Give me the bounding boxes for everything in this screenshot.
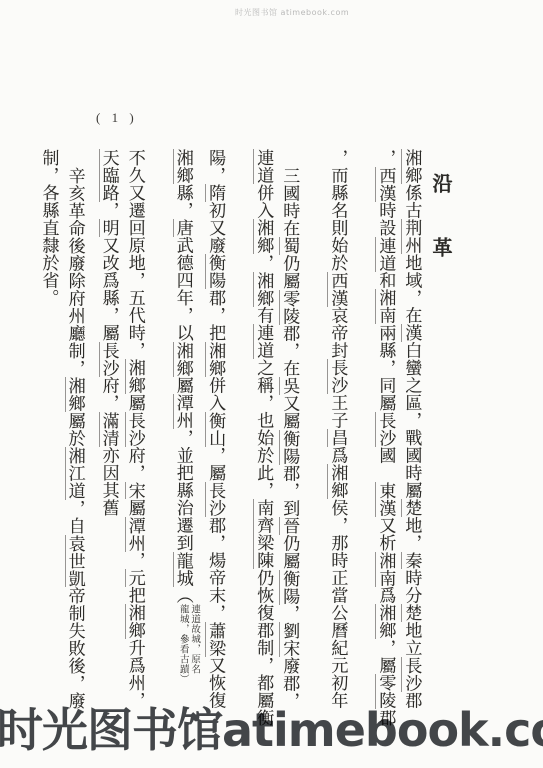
text-segment: 侯，那時正當公曆紀元初年 — [328, 499, 347, 709]
text-segment: 郡，在 — [280, 325, 299, 378]
proper-noun: 湘鄉 — [205, 342, 225, 377]
text-segment: 縣， — [174, 184, 193, 219]
proper-noun: 潭州 — [125, 517, 145, 552]
proper-noun: 衡陽 — [279, 430, 299, 465]
proper-noun: 湘南 — [375, 552, 395, 587]
text-column: 連道併入湘鄉，湘鄉有連道之稱，也始於此，南齊梁陳仍恢復郡制，都屬衡 — [253, 149, 273, 727]
text-segment: 併入 — [254, 184, 273, 219]
proper-noun: 湘鄉 — [173, 342, 193, 377]
text-segment: 係古 — [402, 184, 421, 219]
inline-note-column: 龍城，參看古蹟） — [176, 604, 187, 684]
text-segment: ，而縣名則始於 — [328, 149, 347, 272]
proper-noun: 湘鄉 — [401, 149, 421, 184]
text-segment: 郡，煬帝末， — [206, 517, 225, 622]
proper-noun: 湘鄉 — [173, 149, 193, 184]
proper-noun: 湘鄉 — [65, 377, 85, 412]
proper-noun: 晉 — [279, 517, 299, 535]
text-block: 沿革 湘鄉係古荆州地域，在漢白蠻之區，戰國時屬楚地，秦時分楚地立長沙郡，西漢時設… — [39, 149, 452, 727]
proper-noun: 湘南 — [375, 289, 395, 324]
text-segment: 制，各縣直隸於省。 — [40, 149, 59, 307]
text-segment: 白蠻之區，戰國時屬 — [402, 342, 421, 500]
watermark-top: 时光图书馆 atimebook.com — [235, 7, 349, 18]
text-segment: 哀帝封 — [328, 307, 347, 360]
proper-noun: 湘江道 — [65, 447, 85, 500]
proper-noun: 元 — [125, 569, 145, 587]
text-segment: 府， — [100, 377, 119, 412]
proper-noun: 長沙 — [99, 342, 119, 377]
proper-noun: 長沙 — [125, 412, 145, 447]
text-segment: 郡，把 — [206, 289, 225, 342]
text-segment: 爲 — [376, 587, 395, 605]
proper-noun: 湘鄉 — [253, 219, 273, 254]
text-segment: 三國時在 — [280, 167, 299, 237]
text-segment: 之稱，也始於此， — [254, 359, 273, 499]
text-segment: ， — [254, 254, 273, 272]
proper-noun: 湘鄉 — [125, 604, 145, 639]
text-column: 天臨路，明又改爲縣，屬長沙府，滿清亦因其舊 — [99, 149, 119, 727]
text-column: ，而縣名則始於西漢哀帝封長沙王子昌爲湘鄉侯，那時正當公曆紀元初年 — [327, 149, 347, 727]
page-number: ( 1 ) — [96, 110, 138, 126]
scanned-book-page: 时光图书馆 atimebook.com ( 1 ) 沿革 湘鄉係古荆州地域，在漢… — [0, 0, 543, 768]
text-segment: ， — [376, 149, 395, 167]
proper-noun: 楚 — [401, 604, 421, 622]
text-segment: 辛亥革命後廢除府州廳制， — [66, 167, 85, 377]
proper-noun: 湘鄉 — [253, 272, 273, 307]
proper-noun: 長沙 — [375, 412, 395, 447]
text-segment: 屬 — [126, 499, 145, 517]
proper-noun: 明 — [99, 219, 119, 237]
text-segment: 併入 — [206, 377, 225, 412]
text-segment: ， — [280, 605, 299, 623]
text-segment: 仍屬 — [280, 255, 299, 290]
text-segment: 武德四年，以 — [174, 237, 193, 342]
text-segment: 又屬 — [280, 395, 299, 430]
text-column: 陽，隋初又廢衡陽郡，把湘鄉併入衡山，屬長沙郡，煬帝末，蕭梁又恢復 — [205, 149, 225, 727]
text-segment: 陽， — [206, 149, 225, 184]
text-column: 三國時在蜀仍屬零陵郡，在吳又屬衡陽郡，到晉仍屬衡陽，劉宋廢郡， — [279, 149, 299, 727]
proper-noun: 西漢 — [375, 167, 395, 202]
proper-noun: 袁世凱 — [65, 535, 85, 588]
proper-noun: 龍城 — [173, 552, 193, 587]
proper-noun: 漢 — [401, 324, 421, 342]
text-segment: 爲 — [328, 447, 347, 465]
section-title: 沿革 — [427, 149, 451, 727]
text-segment: 兩縣，同屬 — [376, 324, 395, 412]
proper-noun: 滿清 — [99, 412, 119, 447]
text-column: 不久又遷回原地，五代時，湘鄉屬長沙府，宋屬潭州，元把湘鄉升爲州， — [125, 149, 145, 727]
text-column: 湘鄉係古荆州地域，在漢白蠻之區，戰國時屬楚地，秦時分楚地立長沙郡 — [401, 149, 421, 727]
text-column: 辛亥革命後廢除府州廳制，湘鄉屬於湘江道，自袁世凱帝制失敗後，廢 — [65, 149, 85, 727]
text-segment: 地立 — [402, 622, 421, 657]
text-segment: 和 — [376, 272, 395, 290]
text-column: 湘鄉縣，唐武德四年，以湘鄉屬潭州，並把縣治遷到龍城（連道故城，原名龍城，參看古蹟… — [173, 149, 199, 727]
proper-noun: 湘鄉 — [125, 359, 145, 394]
text-segment: 王子 — [328, 394, 347, 429]
text-segment: 時分 — [402, 569, 421, 604]
proper-noun: 蜀 — [279, 237, 299, 255]
text-segment: 府， — [126, 447, 145, 482]
text-segment: 又析 — [376, 517, 395, 552]
proper-noun: 西漢 — [327, 272, 347, 307]
text-segment: 郡，到 — [280, 465, 299, 518]
text-segment: 有 — [254, 307, 273, 325]
inline-note: 連道故城，原名龍城，參看古蹟） — [176, 604, 199, 684]
text-segment: 屬 — [126, 394, 145, 412]
proper-noun: 衡陽 — [205, 254, 225, 289]
proper-noun: 吳 — [279, 377, 299, 395]
text-segment: 帝制失敗後，廢 — [66, 587, 85, 710]
text-segment: ，屬 — [376, 639, 395, 674]
text-segment: 不久又遷回原地，五代時， — [126, 149, 145, 359]
text-segment: 地域，在 — [402, 254, 421, 324]
proper-noun: 唐 — [173, 219, 193, 237]
text-segment: 時設 — [376, 202, 395, 237]
text-segment: ， — [100, 202, 119, 220]
text-column: ，西漢時設連道和湘南兩縣，同屬長沙國 東漢又析湘南爲湘鄉，屬零陵郡 — [375, 149, 395, 727]
proper-noun: 秦 — [401, 552, 421, 570]
proper-noun: 荆州 — [401, 219, 421, 254]
proper-noun: 連道 — [253, 324, 273, 359]
text-segment: 亦因其舊 — [100, 447, 119, 517]
text-segment: 仍屬 — [280, 535, 299, 570]
proper-noun: 昌 — [327, 429, 347, 447]
proper-noun: 衡陽 — [279, 570, 299, 605]
proper-noun: 零陵 — [279, 290, 299, 325]
text-segment: ，自 — [66, 500, 85, 535]
proper-noun: 連道 — [375, 237, 395, 272]
proper-noun: 連道 — [253, 149, 273, 184]
text-segment: ， — [126, 552, 145, 570]
text-segment: 把 — [126, 587, 145, 605]
proper-noun: 南齊梁陳 — [253, 499, 273, 569]
proper-noun: 劉宋 — [279, 622, 299, 657]
text-segment: 屬於 — [66, 412, 85, 447]
watermark-bottom: 时光图书馆atimebook.com — [0, 694, 543, 760]
proper-noun: 衡山 — [205, 412, 225, 447]
proper-noun: 長沙 — [205, 482, 225, 517]
proper-noun: 隋 — [205, 184, 225, 202]
inline-note-column: 連道故城，原名 — [188, 604, 199, 684]
proper-noun: 潭州 — [173, 394, 193, 429]
proper-noun: 東漢 — [375, 482, 395, 517]
text-segment: 初又廢 — [206, 202, 225, 255]
text-column: 制，各縣直隸於省。 — [39, 149, 59, 727]
proper-noun: 宋 — [125, 482, 145, 500]
text-segment: 屬 — [174, 377, 193, 395]
proper-noun: 長沙 — [401, 657, 421, 692]
proper-noun: 楚 — [401, 499, 421, 517]
proper-noun: 長沙 — [327, 359, 347, 394]
text-segment: （ — [174, 587, 193, 605]
proper-noun: 蕭梁 — [205, 622, 225, 657]
text-segment: ，並把縣治遷到 — [174, 429, 193, 552]
text-segment: 地， — [402, 517, 421, 552]
text-segment: 國 — [376, 447, 395, 482]
text-segment: 又改爲縣，屬 — [100, 237, 119, 342]
proper-noun: 湘鄉 — [375, 604, 395, 639]
text-segment: ，屬 — [206, 447, 225, 482]
proper-noun: 湘鄉 — [327, 464, 347, 499]
proper-noun: 天臨路 — [99, 149, 119, 202]
